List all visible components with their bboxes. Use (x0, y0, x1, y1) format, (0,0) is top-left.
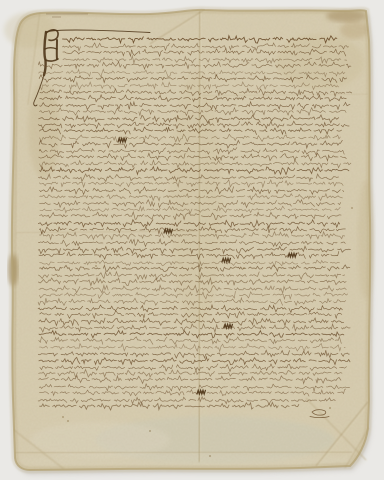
photo-backdrop (0, 0, 384, 480)
parchment-charter-photo (0, 0, 384, 480)
